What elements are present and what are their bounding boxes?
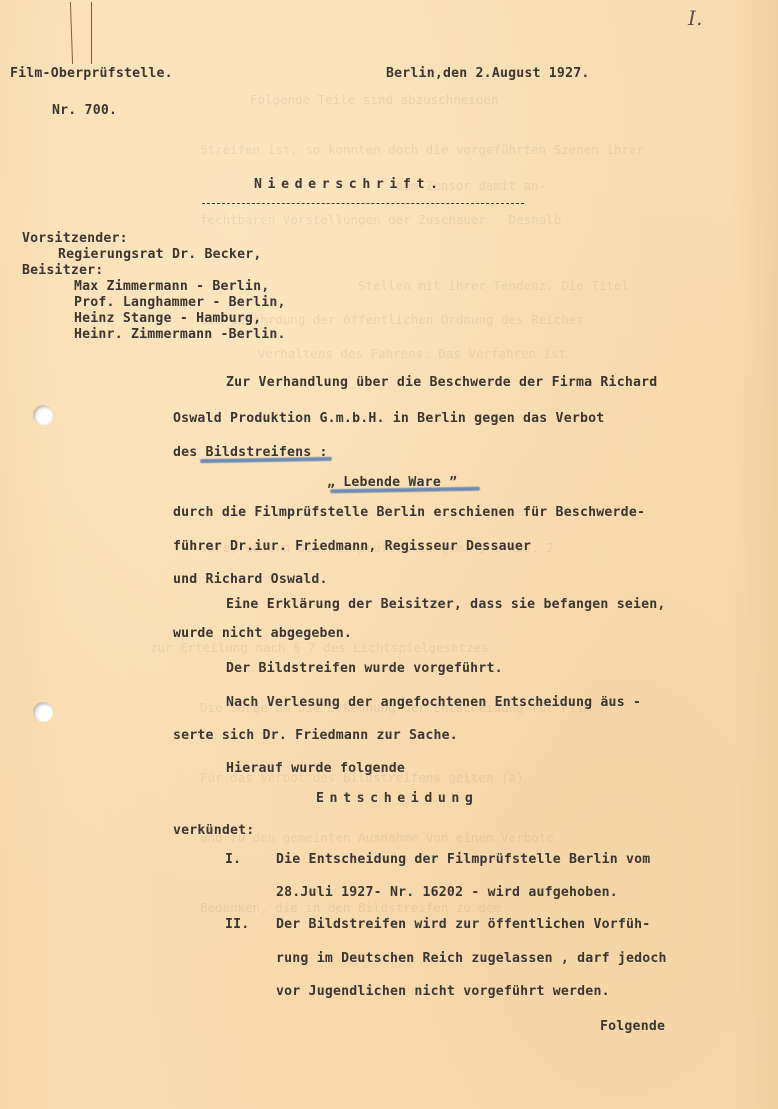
body-line: Nach Verlesung der angefochtenen Entsche… <box>226 696 641 709</box>
document-number: Nr. 700. <box>52 104 117 117</box>
member: Max Zimmermann - Berlin, <box>74 280 269 293</box>
decision-heading: Entscheidung <box>316 792 478 805</box>
punch-hole <box>33 405 53 425</box>
punch-hole <box>33 702 53 722</box>
body-line: Oswald Produktion G.m.b.H. in Berlin geg… <box>173 412 604 425</box>
decision-line: Die Entscheidung der Filmprüfstelle Berl… <box>276 853 650 866</box>
chair-label: Vorsitzender: <box>22 232 128 245</box>
body-line: und Richard Oswald. <box>173 573 328 586</box>
member: Prof. Langhammer - Berlin, <box>74 296 286 309</box>
member: Heinr. Zimmermann -Berlin. <box>74 328 286 341</box>
page-marker: I. <box>688 8 703 28</box>
place-date: Berlin,den 2.August 1927. <box>386 67 590 80</box>
body-line: Zur Verhandlung über die Beschwerde der … <box>226 376 657 389</box>
decision-numeral: I. <box>225 853 241 866</box>
body-line: Hierauf wurde folgende <box>226 762 405 775</box>
document-title: Niederschrift. <box>254 178 444 191</box>
body-line: wurde nicht abgegeben. <box>173 627 352 640</box>
catchword: Folgende <box>600 1020 665 1033</box>
body-line: Der Bildstreifen wurde vorgeführt. <box>226 662 503 675</box>
decision-line: 28.Juli 1927- Nr. 16202 - wird aufgehobe… <box>276 886 618 899</box>
chair-name: Regierungsrat Dr. Becker, <box>58 248 262 261</box>
title-underline <box>202 203 524 204</box>
decision-numeral: II. <box>225 918 249 931</box>
members-label: Beisitzer: <box>22 264 103 277</box>
member: Heinz Stange - Hamburg, <box>74 312 261 325</box>
body-line: serte sich Dr. Friedmann zur Sache. <box>173 729 458 742</box>
announced-label: verkündet: <box>173 824 254 837</box>
pencil-mark <box>91 2 92 64</box>
body-line: durch die Filmprüfstelle Berlin erschien… <box>173 506 645 519</box>
body-line: führer Dr.iur. Friedmann, Regisseur Dess… <box>173 540 531 553</box>
decision-line: vor Jugendlichen nicht vorgeführt werden… <box>276 985 610 998</box>
pencil-mark <box>70 2 73 64</box>
decision-line: rung im Deutschen Reich zugelassen , dar… <box>276 952 667 965</box>
decision-line: Der Bildstreifen wird zur öffentlichen V… <box>276 918 650 931</box>
body-line: Eine Erklärung der Beisitzer, dass sie b… <box>226 598 666 611</box>
office-name: Film-Oberprüfstelle. <box>10 67 173 80</box>
